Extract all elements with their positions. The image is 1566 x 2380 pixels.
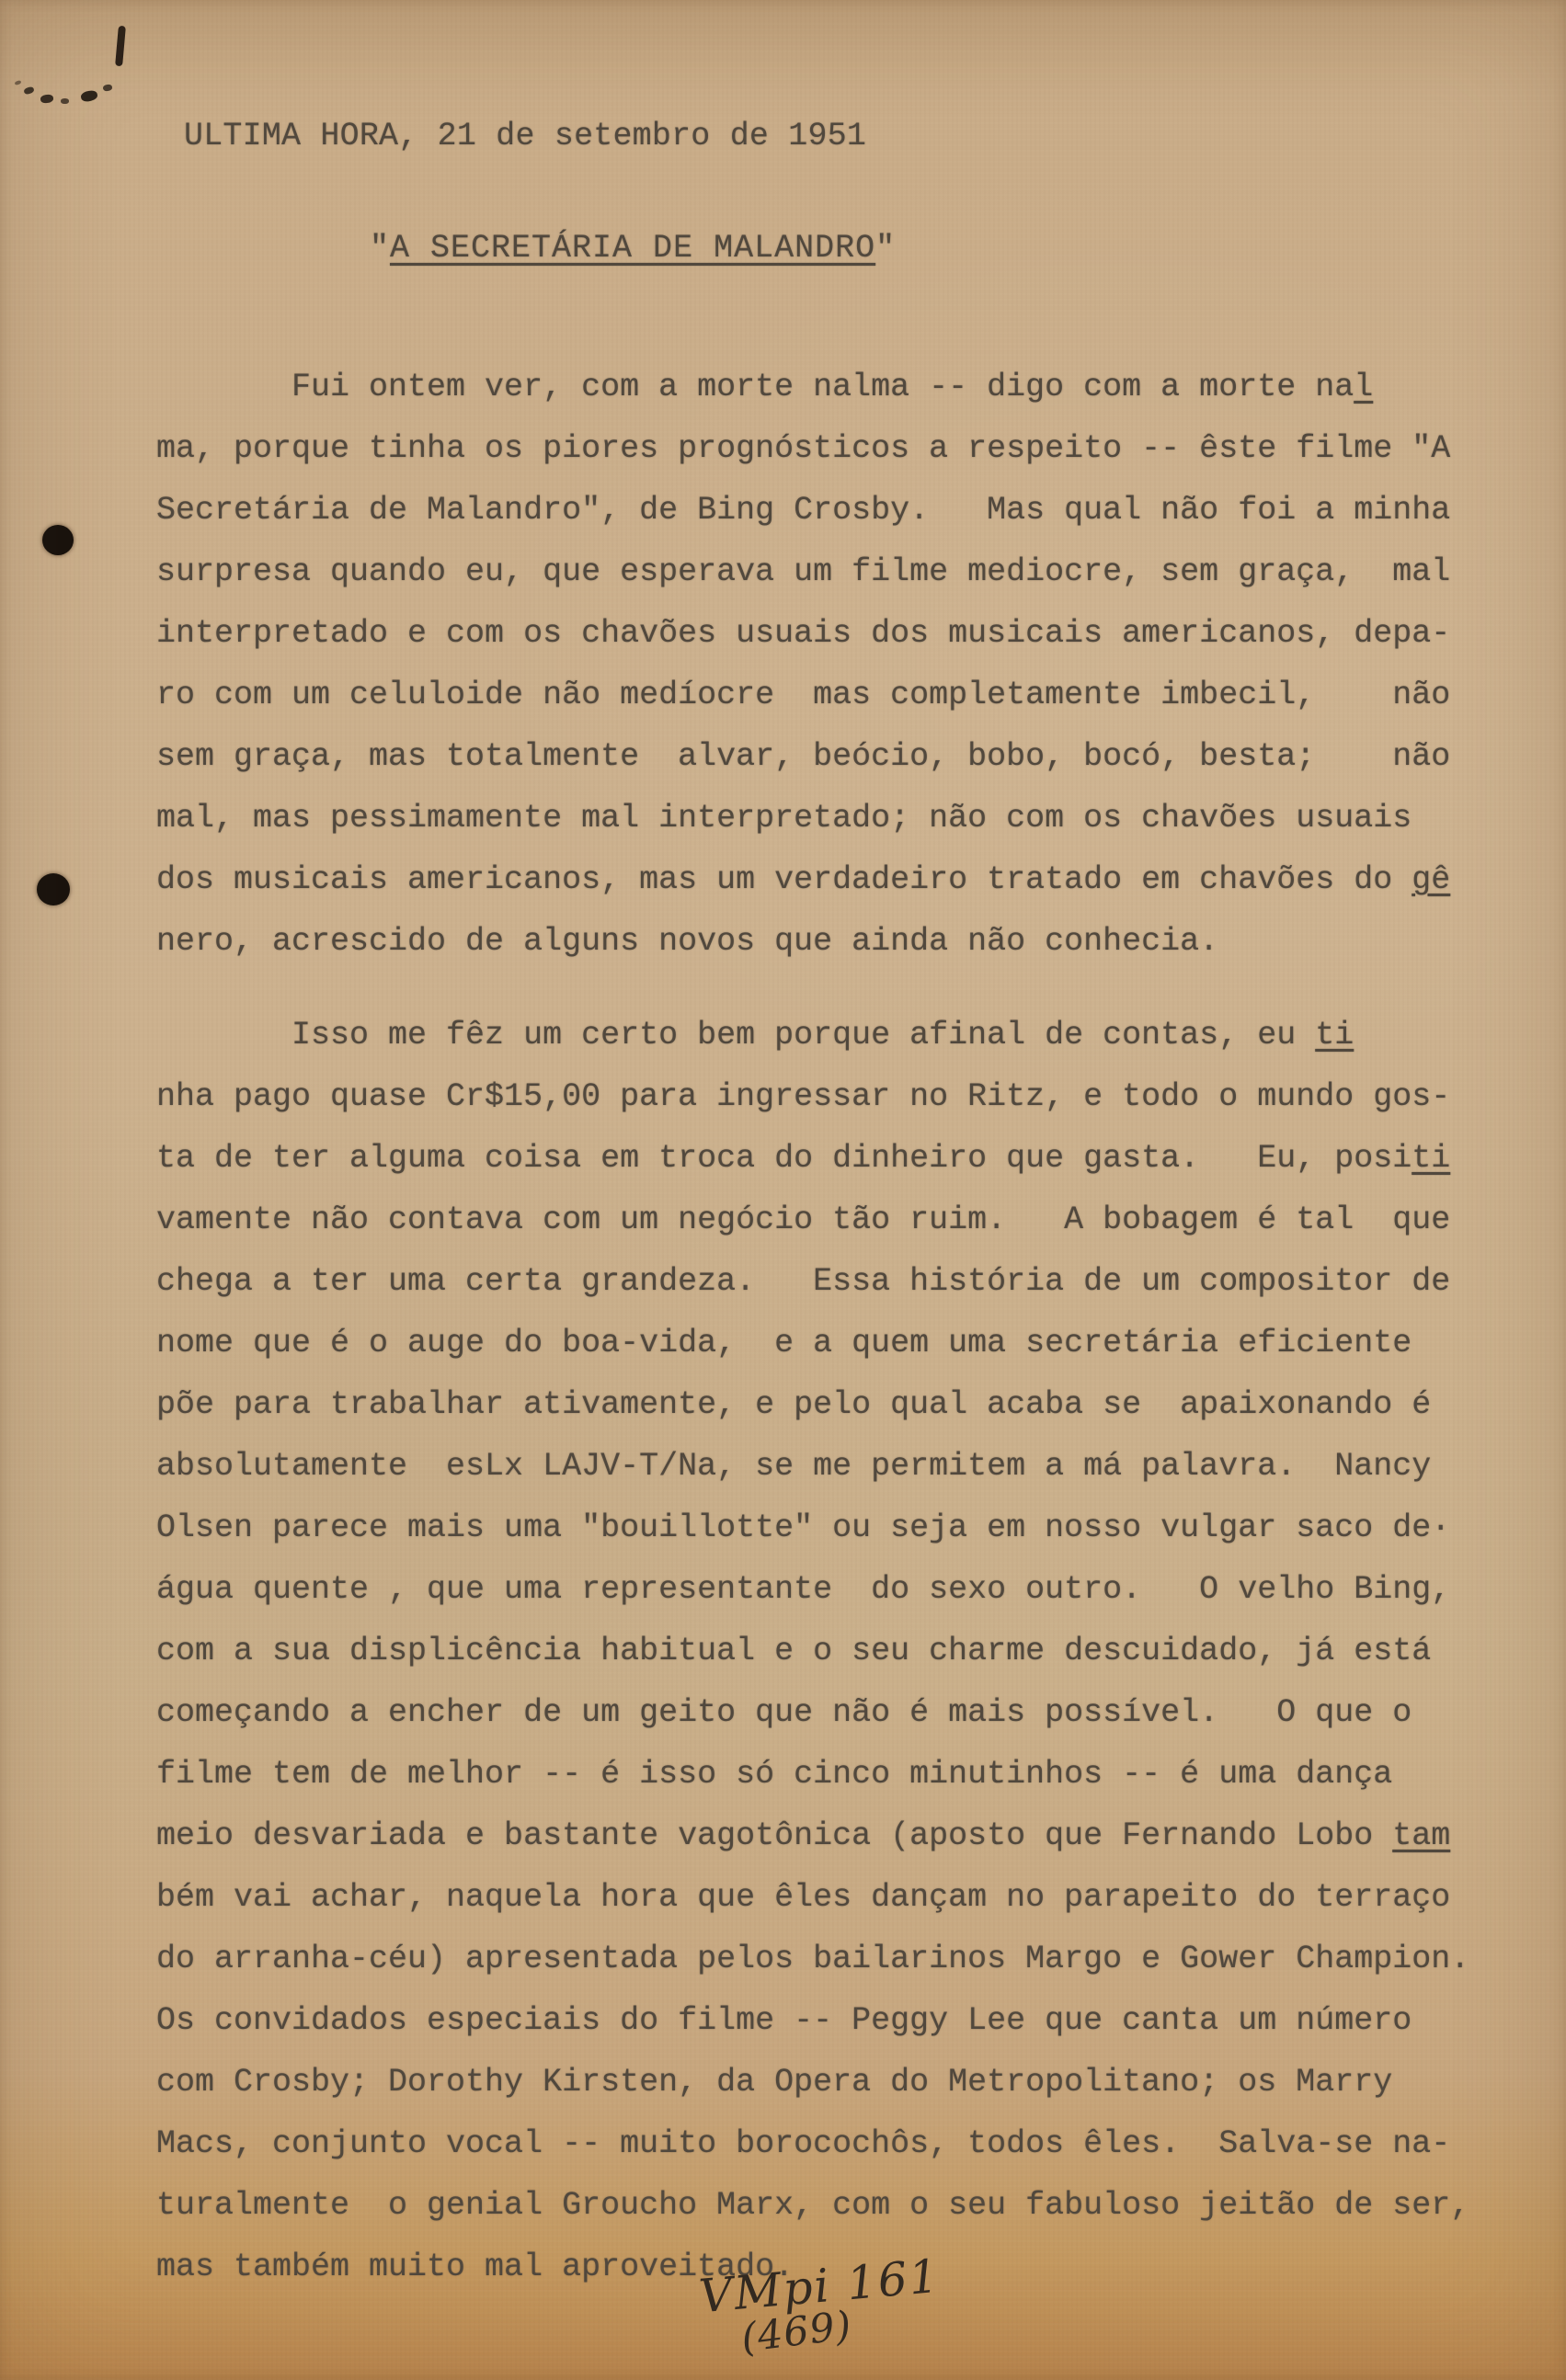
text-line: Fui ontem ver, com a morte nalma -- digo… bbox=[156, 357, 1480, 418]
ink-smudge-stroke bbox=[115, 26, 126, 67]
text-line: Os convidados especiais do filme -- Pegg… bbox=[156, 1990, 1480, 2052]
document-title: "A SECRETÁRIA DE MALANDRO" bbox=[370, 230, 896, 267]
text-line: põe para trabalhar ativamente, e pelo qu… bbox=[156, 1374, 1480, 1436]
text-line: ta de ter alguma coisa em troca do dinhe… bbox=[156, 1128, 1480, 1190]
document-header: ULTIMA HORA, 21 de setembro de 1951 bbox=[184, 118, 866, 154]
text-line: vamente não contava com um negócio tão r… bbox=[156, 1190, 1480, 1251]
underlined-syllable: gê bbox=[1412, 861, 1450, 898]
text-line: Isso me fêz um certo bem porque afinal d… bbox=[156, 1005, 1480, 1066]
text-line: com Crosby; Dorothy Kirsten, da Opera do… bbox=[156, 2052, 1480, 2113]
document-body: Fui ontem ver, com a morte nalma -- digo… bbox=[156, 357, 1480, 2298]
underlined-syllable: ti bbox=[1315, 1017, 1354, 1053]
text-line: começando a encher de um geito que não é… bbox=[156, 1682, 1480, 1744]
text-line: chega a ter uma certa grandeza. Essa his… bbox=[156, 1251, 1480, 1313]
text-line: mal, mas pessimamente mal interpretado; … bbox=[156, 788, 1480, 849]
text-line: dos musicais americanos, mas um verdadei… bbox=[156, 849, 1480, 911]
title-text: A SECRETÁRIA DE MALANDRO bbox=[390, 230, 875, 267]
punch-hole-bottom bbox=[37, 873, 70, 905]
text-line: com a sua displicência habitual e o seu … bbox=[156, 1621, 1480, 1682]
underlined-syllable: l bbox=[1354, 369, 1373, 405]
title-close-quote: " bbox=[875, 230, 896, 267]
text-line: interpretado e com os chavões usuais dos… bbox=[156, 603, 1480, 665]
text-line: Secretária de Malandro", de Bing Crosby.… bbox=[156, 480, 1480, 541]
ink-smudge-dot bbox=[103, 84, 113, 91]
underlined-syllable: ti bbox=[1412, 1140, 1450, 1177]
text-line: turalmente o genial Groucho Marx, com o … bbox=[156, 2175, 1480, 2237]
text-line: ma, porque tinha os piores prognósticos … bbox=[156, 418, 1480, 480]
ink-smudge-dot bbox=[23, 85, 35, 95]
text-line: filme tem de melhor -- é isso só cinco m… bbox=[156, 1744, 1480, 1805]
ink-smudge-dot bbox=[40, 94, 53, 104]
ink-smudge-dot bbox=[80, 89, 98, 103]
text-line: água quente , que uma representante do s… bbox=[156, 1559, 1480, 1621]
ink-smudge-dot bbox=[61, 98, 69, 104]
text-line: Macs, conjunto vocal -- muito borocochôs… bbox=[156, 2113, 1480, 2175]
text-line: bém vai achar, naquela hora que êles dan… bbox=[156, 1867, 1480, 1929]
text-line: do arranha-céu) apresentada pelos bailar… bbox=[156, 1929, 1480, 1990]
text-line: meio desvariada e bastante vagotônica (a… bbox=[156, 1805, 1480, 1867]
text-line: surpresa quando eu, que esperava um film… bbox=[156, 541, 1480, 603]
punch-hole-top bbox=[42, 525, 74, 555]
title-open-quote: " bbox=[370, 230, 390, 267]
text-line: nero, acrescido de alguns novos que aind… bbox=[156, 911, 1480, 973]
text-line: nha pago quase Cr$15,00 para ingressar n… bbox=[156, 1066, 1480, 1128]
text-line: nome que é o auge do boa-vida, e a quem … bbox=[156, 1313, 1480, 1374]
text-line: Olsen parece mais uma "bouillotte" ou se… bbox=[156, 1497, 1480, 1559]
text-line: sem graça, mas totalmente alvar, beócio,… bbox=[156, 726, 1480, 788]
underlined-syllable: tam bbox=[1392, 1817, 1450, 1854]
paragraph: Fui ontem ver, com a morte nalma -- digo… bbox=[156, 357, 1480, 973]
scanned-document-page: ULTIMA HORA, 21 de setembro de 1951 "A S… bbox=[0, 0, 1566, 2380]
paragraph: Isso me fêz um certo bem porque afinal d… bbox=[156, 1005, 1480, 2298]
text-line: absolutamente esLx LAJV-T/Na, se me perm… bbox=[156, 1436, 1480, 1497]
text-line: ro com um celuloide não medíocre mas com… bbox=[156, 665, 1480, 726]
ink-smudge-dot bbox=[15, 80, 22, 85]
